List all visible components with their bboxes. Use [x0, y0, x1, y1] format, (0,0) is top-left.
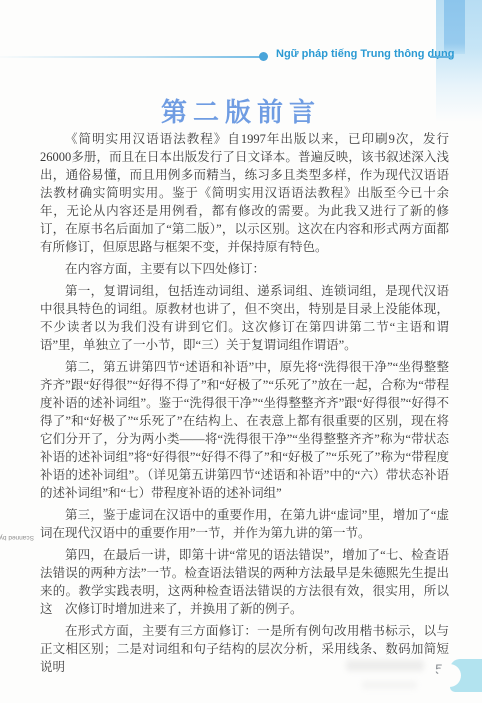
header-bullet-dot-icon: [259, 52, 268, 61]
corner-bar-medium: [444, 0, 465, 54]
body-paragraph: 第二，第五讲第四节“述语和补语”中，原先将“洗得很干净”“坐得整整齐齐”跟“好得…: [40, 354, 449, 502]
page-title: 第二版前言: [0, 92, 482, 129]
scanner-watermark: Scanned by T: [0, 534, 34, 541]
scan-smudge: [346, 660, 424, 671]
body-paragraph: 第四，在最后一讲，即第十讲“常见的语法错误”，增加了“七、检查语法错误的两种方法…: [40, 542, 449, 618]
body-paragraph: 第一，复谓词组，包括连动词组、递系词组、连锁词组，是现代汉语中很具特色的词组。原…: [40, 278, 449, 354]
footer-tab-shape: [450, 659, 482, 692]
body-text-block: 《简明实用汉语语法教程》自1997年出版以来，已印刷9次，发行26000多册，而…: [40, 130, 449, 676]
footer-tab-notch: [438, 664, 461, 687]
book-page: Ngữ pháp tiếng Trung thông dụng 第二版前言 《简…: [0, 0, 482, 703]
scan-smudge: [362, 681, 417, 689]
header-dash-line: [430, 56, 452, 58]
header-rule-line: [0, 56, 260, 58]
running-header-series-title: Ngữ pháp tiếng Trung thông dụng: [276, 48, 426, 60]
body-paragraph: 在内容方面，主要有以下四处修订：: [40, 256, 449, 278]
body-paragraph: 《简明实用汉语语法教程》自1997年出版以来，已印刷9次，发行26000多册，而…: [40, 130, 449, 256]
body-paragraph: 第三，鉴于虚词在汉语中的重要作用，在第九讲“虚词”里，增加了“虚词在现代汉语中的…: [40, 502, 449, 542]
